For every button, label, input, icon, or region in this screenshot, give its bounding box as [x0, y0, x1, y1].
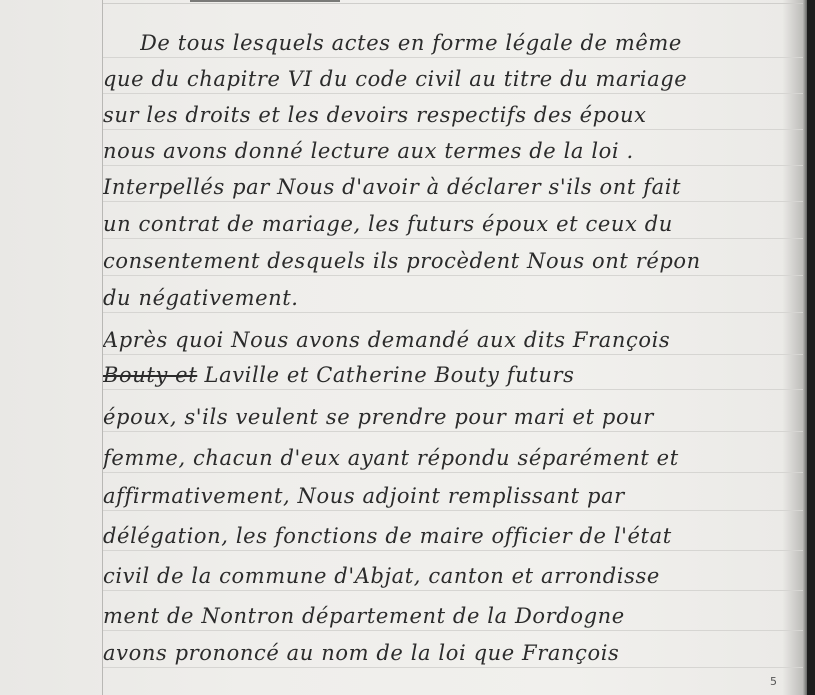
- text-line: délégation, les fonctions de maire offic…: [103, 523, 805, 549]
- text-line: avons prononcé au nom de la loi que Fran…: [103, 640, 805, 666]
- ruled-line: [103, 201, 803, 202]
- text-line: civil de la commune d'Abjat, canton et a…: [103, 563, 805, 589]
- ruled-line: [103, 550, 803, 551]
- ruled-line: [103, 472, 803, 473]
- text-line: De tous lesquels actes en forme légale d…: [140, 30, 815, 56]
- ruled-line: [103, 275, 803, 276]
- text-line: Bouty et Laville et Catherine Bouty futu…: [103, 362, 805, 388]
- text-line: du négativement.: [103, 285, 805, 311]
- ruled-line: [103, 630, 803, 631]
- text-line: époux, s'ils veulent se prendre pour mar…: [103, 404, 805, 430]
- ruled-line: [103, 389, 803, 390]
- ruled-line: [103, 431, 803, 432]
- page-binding-edge: [807, 0, 815, 695]
- text-line: nous avons donné lecture aux termes de l…: [103, 138, 805, 164]
- text-line: consentement desquels ils procèdent Nous…: [103, 248, 805, 274]
- ruled-line: [103, 510, 803, 511]
- page-mark: 5: [770, 675, 777, 688]
- top-rule: [103, 3, 803, 4]
- ruled-line: [103, 129, 803, 130]
- ruled-line: [103, 667, 803, 668]
- ruled-line: [103, 354, 803, 355]
- ruled-line: [103, 57, 803, 58]
- document-page: De tous lesquels actes en forme légale d…: [0, 0, 815, 695]
- ruled-line: [103, 590, 803, 591]
- text-line: Interpellés par Nous d'avoir à déclarer …: [103, 174, 805, 200]
- text-line: que du chapitre VI du code civil au titr…: [103, 66, 805, 92]
- ruled-line: [103, 93, 803, 94]
- ruled-line: [103, 238, 803, 239]
- ruled-line: [103, 165, 803, 166]
- previous-line-fragment: [190, 0, 340, 2]
- text-line: femme, chacun d'eux ayant répondu séparé…: [103, 445, 805, 471]
- text-line: un contrat de mariage, les futurs époux …: [103, 211, 805, 237]
- struck-text: Bouty et: [103, 363, 197, 387]
- text-line: affirmativement, Nous adjoint remplissan…: [103, 483, 805, 509]
- text-line: ment de Nontron département de la Dordog…: [103, 603, 805, 629]
- text-line: sur les droits et les devoirs respectifs…: [103, 102, 805, 128]
- text-line: Après quoi Nous avons demandé aux dits F…: [103, 327, 805, 353]
- ruled-line: [103, 312, 803, 313]
- text-fragment: Laville et Catherine Bouty futurs: [197, 363, 574, 387]
